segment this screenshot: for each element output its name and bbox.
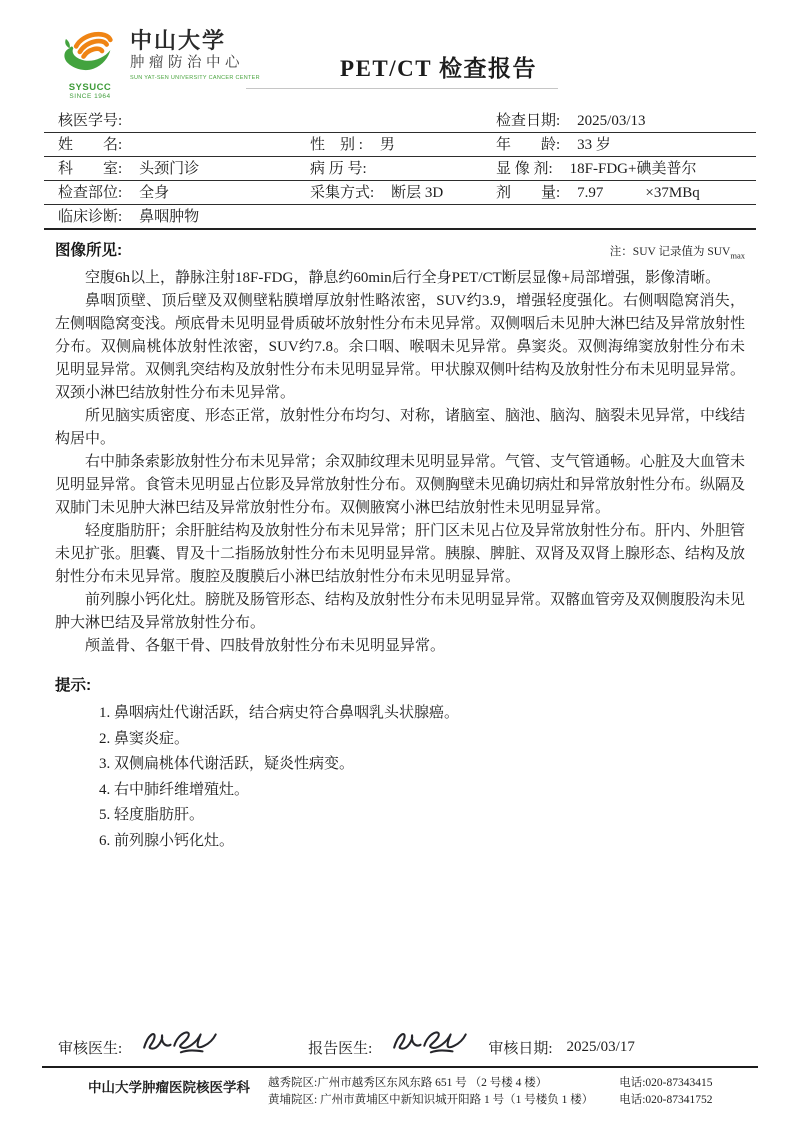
dose-unit: ×37MBq [645,185,699,201]
logo-abbr-text: SYSUCC [58,82,122,93]
reviewer-signature-scribble [136,1025,222,1062]
name-label: 姓 名: [58,137,122,153]
suv-note-subscript: max [730,250,745,260]
patient-info-form: 核医学号: 检查日期:2025/03/13 姓 名: 性 别 :男 年 龄:33… [44,109,756,230]
acquisition-label: 采集方式: [310,185,374,201]
tracer-label: 显 像 剂: [496,161,553,177]
form-row-5: 临床诊断:鼻咽肿物 [44,205,756,230]
body-part-label: 检查部位: [58,185,122,201]
footer-address-huangpu: 黄埔院区: 广州市黄埔区中新知识城开阳路 1 号（1 号楼负 1 楼） [268,1092,593,1109]
age-label: 年 龄: [496,137,560,153]
hospital-footer: 中山大学肿瘤医院核医学科 越秀院区:广州市越秀区东风东路 651 号 （2 号楼… [42,1068,758,1109]
findings-paragraph: 鼻咽顶壁、顶后壁及双侧壁粘膜增厚放射性略浓密，SUV约3.9，增强轻度强化。右侧… [55,290,745,405]
university-name: 中山大学 [130,29,260,53]
impression-list: 1. 鼻咽病灶代谢活跃，结合病史符合鼻咽乳头状腺癌。 2. 鼻窦炎症。 3. 双… [55,701,745,854]
findings-paragraph: 所见脑实质密度、形态正常，放射性分布均匀、对称，诸脑室、脑池、脑沟、脑裂未见异常… [55,405,745,451]
field-gender: 性 别 :男 [310,137,496,153]
field-tracer: 显 像 剂:18F-FDG+碘美普尔 [496,161,756,177]
impression-item: 1. 鼻咽病灶代谢活跃，结合病史符合鼻咽乳头状腺癌。 [99,701,745,727]
nuclear-id-label: 核医学号: [58,113,122,129]
suv-note-text: 注：SUV 记录值为 SUV [610,246,731,258]
hospital-logo-text-block: 中山大学 肿瘤防治中心 SUN YAT-SEN UNIVERSITY CANCE… [130,26,260,100]
field-body-part: 检查部位:全身 [58,185,310,201]
review-date-value: 2025/03/17 [567,1039,635,1056]
impression-item: 5. 轻度脂肪肝。 [99,803,745,829]
report-header: SYSUCC SINCE 1964 中山大学 肿瘤防治中心 SUN YAT-SE… [0,0,800,100]
age-value: 33 岁 [577,137,611,153]
form-row-4: 检查部位:全身 采集方式:断层 3D 剂 量:7.97×37MBq [44,181,756,205]
report-title: PET/CT 检查报告 [290,50,745,83]
cancer-center-name: 肿瘤防治中心 [130,56,260,72]
reviewer-label: 审核医生: [58,1037,122,1058]
impression-item: 4. 右中肺纤维增殖灶。 [99,778,745,804]
department-label: 科 室: [58,161,122,177]
footer-phone-yuexiu: 电话:020-87343415 [619,1075,712,1092]
form-row-2: 姓 名: 性 别 :男 年 龄:33 岁 [44,133,756,157]
clinical-dx-value: 鼻咽肿物 [139,209,199,225]
field-nuclear-id: 核医学号: [58,113,310,129]
impression-item: 6. 前列腺小钙化灶。 [99,829,745,855]
findings-paragraph: 右中肺条索影放射性分布未见异常；余双肺纹理未见明显异常。气管、支气管通畅。心脏及… [55,451,745,520]
footer-addresses: 越秀院区:广州市越秀区东风东路 651 号 （2 号楼 4 楼） 黄埔院区: 广… [268,1075,593,1109]
footer-phones: 电话:020-87343415 电话:020-87341752 [619,1075,712,1109]
field-name: 姓 名: [58,137,310,153]
field-exam-date: 检查日期:2025/03/13 [496,113,756,129]
field-department: 科 室:头颈门诊 [58,161,310,177]
field-acquisition: 采集方式:断层 3D [310,185,496,201]
tracer-value: 18F-FDG+碘美普尔 [570,161,697,177]
record-no-label: 病 历 号: [310,161,367,177]
reporter-signature-scribble [386,1025,472,1062]
impression-heading: 提示: [55,673,745,695]
findings-body: 空腹6h以上，静脉注射18F-FDG，静息约60min后行全身PET/CT断层显… [55,267,745,658]
form-row-1: 核医学号: 检查日期:2025/03/13 [44,109,756,133]
field-age: 年 龄:33 岁 [496,137,756,153]
footer-department-name: 中山大学肿瘤医院核医学科 [88,1076,250,1096]
hospital-logo-mark-block: SYSUCC SINCE 1964 [58,26,122,100]
findings-heading: 图像所见: [55,238,122,260]
gender-value: 男 [380,137,395,153]
signature-row: 审核医生: 报告医生: [42,1033,758,1066]
reporter-label: 报告医生: [308,1037,372,1058]
exam-date-value: 2025/03/13 [577,113,645,129]
impression-item: 2. 鼻窦炎症。 [99,727,745,753]
body-part-value: 全身 [139,185,169,201]
dose-label: 剂 量: [496,185,560,201]
suv-note: 注：SUV 记录值为 SUVmax [610,243,745,260]
report-footer-block: 审核医生: 报告医生: [42,1033,758,1109]
footer-address-yuexiu: 越秀院区:广州市越秀区东风东路 651 号 （2 号楼 4 楼） [268,1075,593,1092]
exam-date-label: 检查日期: [496,113,560,129]
review-date-label: 审核日期: [488,1037,552,1058]
form-row-3: 科 室:头颈门诊 病 历 号: 显 像 剂:18F-FDG+碘美普尔 [44,157,756,181]
findings-paragraph: 前列腺小钙化灶。膀胱及肠管形态、结构及放射性分布未见明显异常。双髂血管旁及双侧腹… [55,589,745,635]
impression-item: 3. 双侧扁桃体代谢活跃，疑炎性病变。 [99,752,745,778]
field-record-no: 病 历 号: [310,161,496,177]
field-dose: 剂 量:7.97×37MBq [496,185,756,201]
findings-header: 图像所见: 注：SUV 记录值为 SUVmax [55,238,745,260]
swan-logo-icon [59,63,121,80]
scan-artifact-line [246,88,558,89]
logo-since-text: SINCE 1964 [58,93,122,100]
findings-paragraph: 轻度脂肪肝；余肝脏结构及放射性分布未见异常；肝门区未见占位及异常放射性分布。肝内… [55,520,745,589]
center-name-english: SUN YAT-SEN UNIVERSITY CANCER CENTER [130,75,260,81]
field-clinical-dx: 临床诊断:鼻咽肿物 [58,209,756,225]
department-value: 头颈门诊 [139,161,199,177]
gender-label: 性 别 : [310,137,363,153]
findings-section: 图像所见: 注：SUV 记录值为 SUVmax 空腹6h以上，静脉注射18F-F… [55,238,745,658]
dose-value: 7.97 [577,185,603,201]
petct-report-page: SYSUCC SINCE 1964 中山大学 肿瘤防治中心 SUN YAT-SE… [0,0,800,1121]
findings-paragraph: 颅盖骨、各躯干骨、四肢骨放射性分布未见明显异常。 [55,635,745,658]
impression-section: 提示: 1. 鼻咽病灶代谢活跃，结合病史符合鼻咽乳头状腺癌。 2. 鼻窦炎症。 … [55,673,745,854]
acquisition-value: 断层 3D [391,185,443,201]
footer-phone-huangpu: 电话:020-87341752 [619,1092,712,1109]
clinical-dx-label: 临床诊断: [58,209,122,225]
findings-paragraph: 空腹6h以上，静脉注射18F-FDG，静息约60min后行全身PET/CT断层显… [55,267,745,290]
